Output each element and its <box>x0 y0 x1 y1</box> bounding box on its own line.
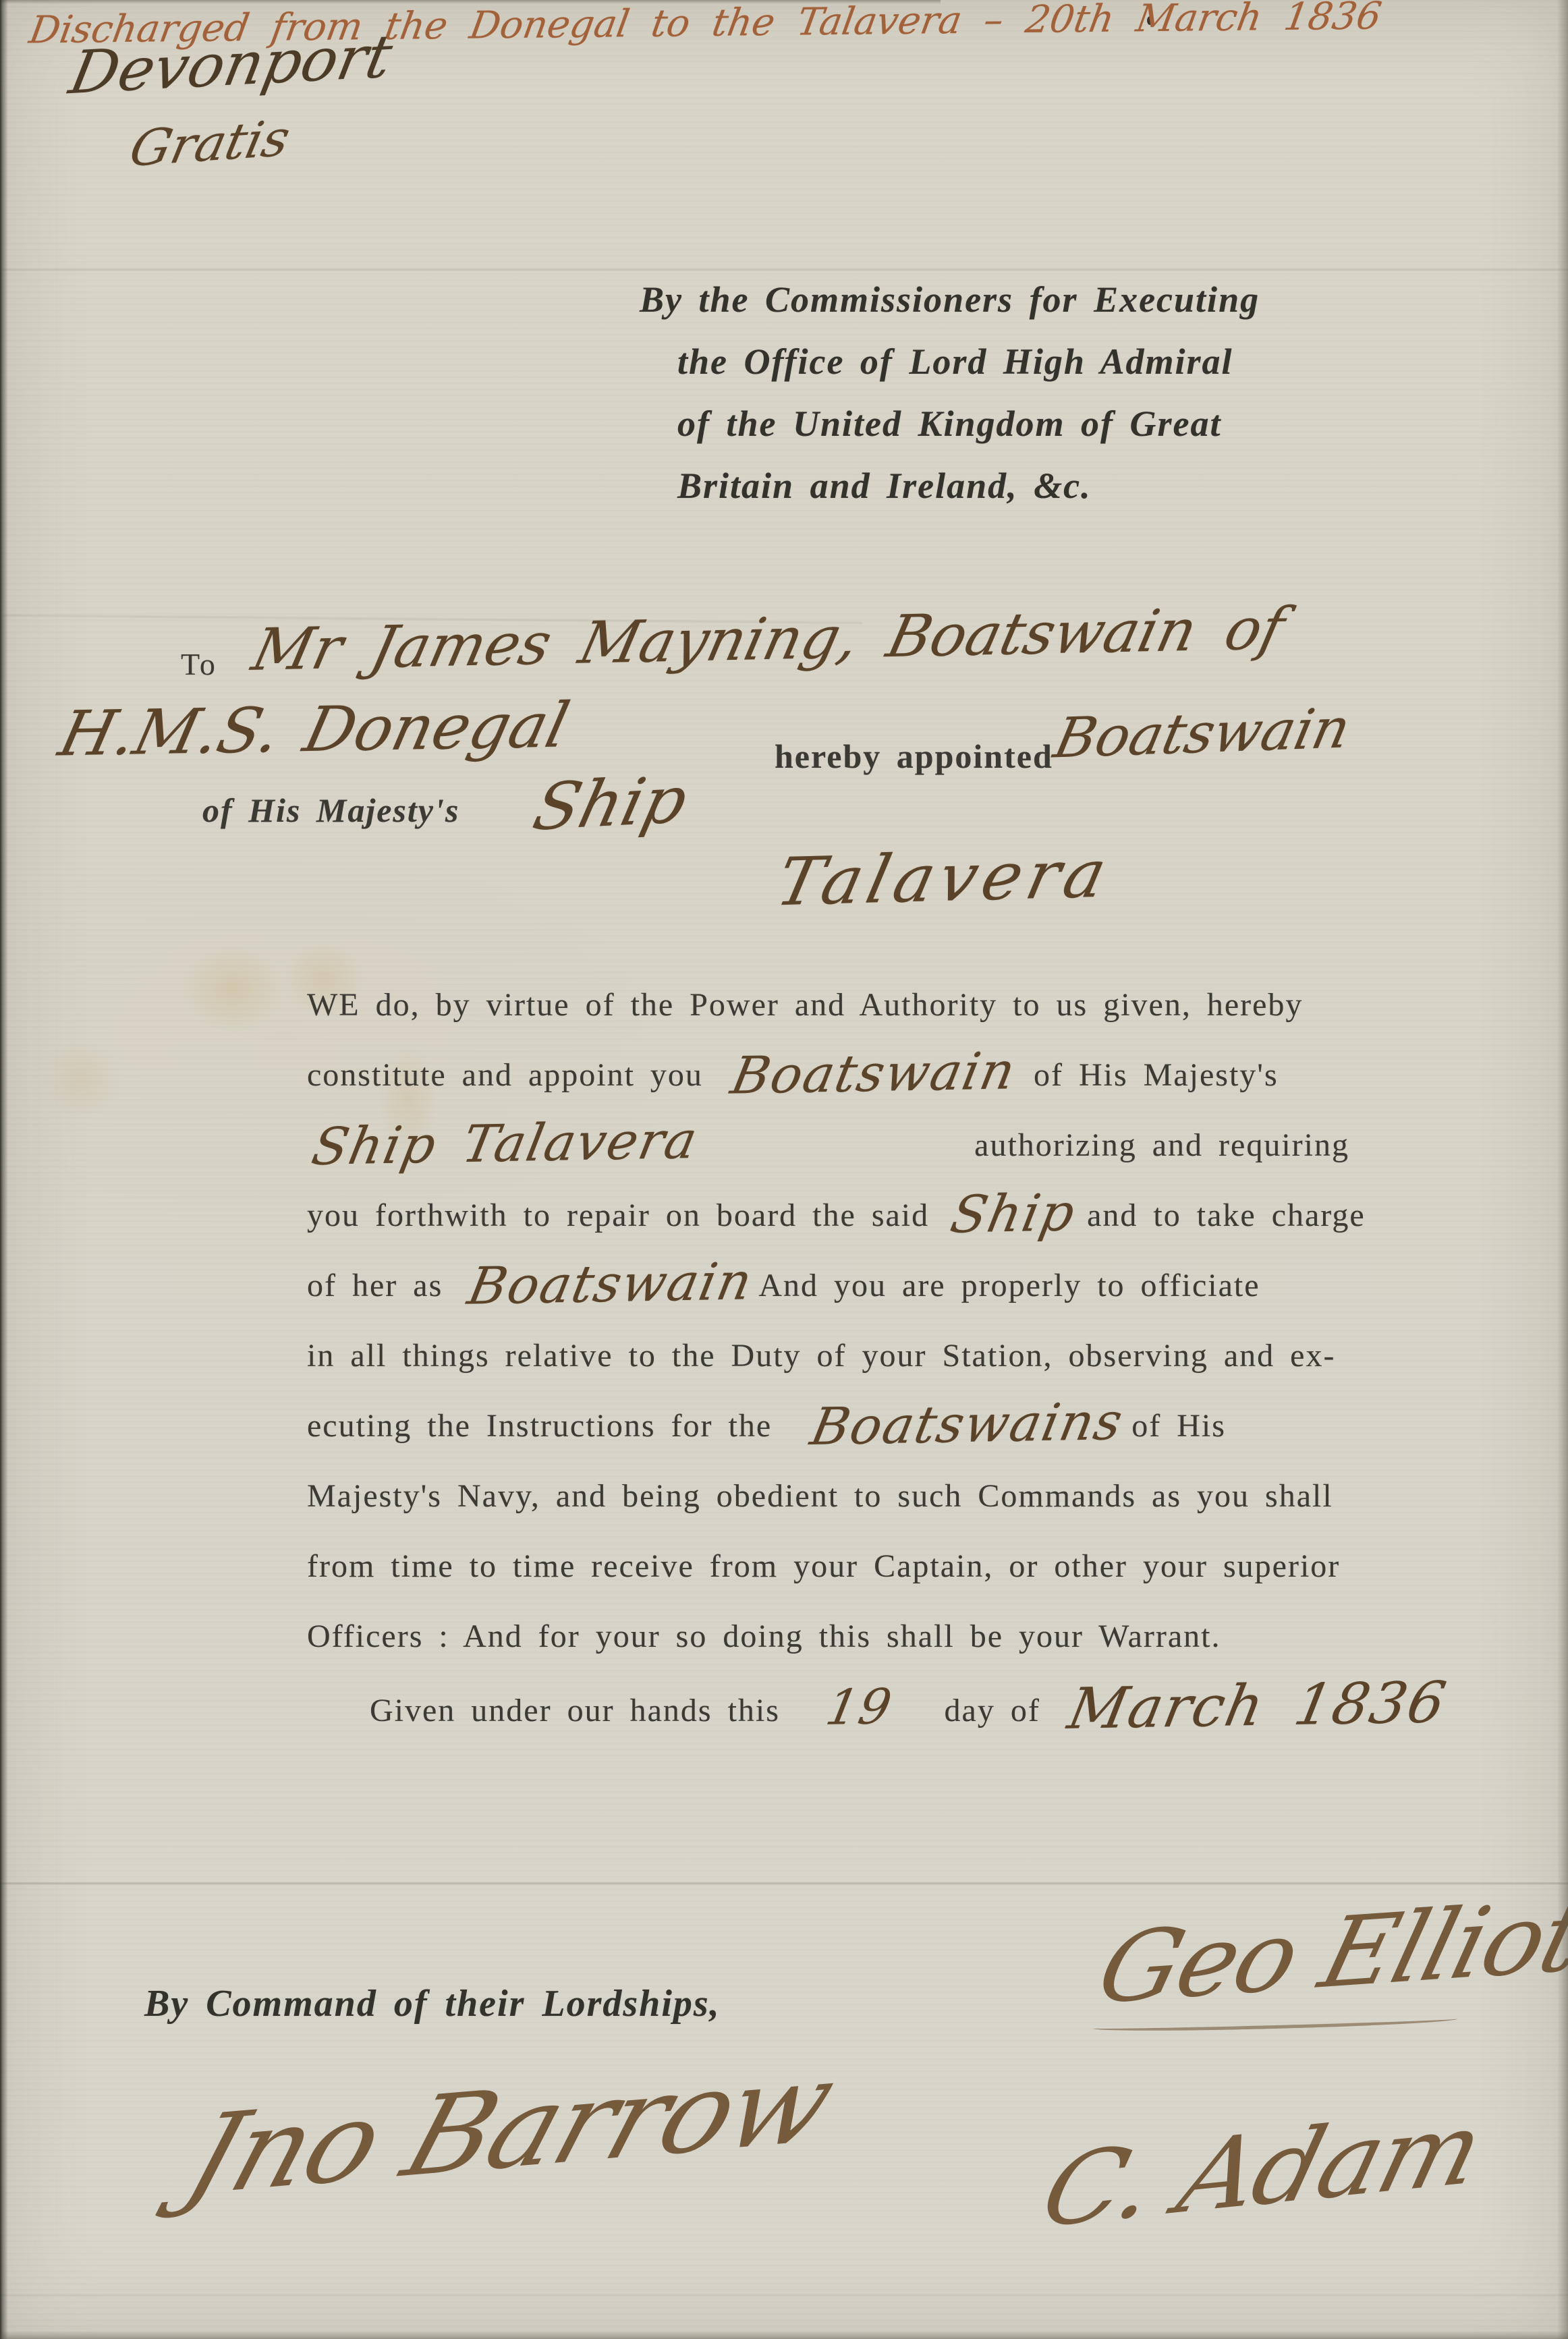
body-text: in all things relative to the Duty of yo… <box>307 1337 1335 1374</box>
scan-edge-right <box>1557 0 1568 2339</box>
body-text: WE do, by virtue of the Power and Author… <box>307 986 1303 1023</box>
warrant-document-page: Discharged from the Donegal to the Talav… <box>0 0 1568 2339</box>
body-text: of His <box>1131 1407 1226 1444</box>
recipient-name: Mr James Mayning, Boatswain of <box>246 595 1291 684</box>
body-line-10: Officers : And for your so doing this sh… <box>307 1618 1349 1655</box>
paper-stain <box>40 1039 121 1120</box>
handwritten-ship-word: Ship <box>952 1212 1075 1214</box>
body-text: authorizing and requiring <box>974 1127 1349 1164</box>
body-text: from time to time receive from your Capt… <box>307 1548 1340 1585</box>
body-line-9: from time to time receive from your Capt… <box>307 1548 1349 1585</box>
heading-line-1: By the Commissioners for Executing <box>640 269 1260 331</box>
ship-word: Ship <box>526 762 694 845</box>
appointed-rank: Boatswain <box>1048 696 1356 770</box>
of-his-majestys-label: of His Majesty's <box>202 791 459 830</box>
from-ship-name: H.M.S. Donegal <box>53 689 576 770</box>
scan-edge-top <box>0 0 941 4</box>
ship-name: Talavera <box>770 836 1119 922</box>
given-under-hands-label: Given under our hands this <box>370 1692 780 1729</box>
fold-crease-bottom <box>0 2292 1568 2297</box>
body-line-7: ecuting the Instructions for the Boatswa… <box>307 1407 1349 1444</box>
month-year-value: March 1836 <box>1069 1702 1446 1709</box>
body-text: ecuting the Instructions for the <box>307 1407 772 1444</box>
body-line-3: Ship Talavera authorizing and requiring <box>307 1127 1349 1164</box>
body-line-4: you forthwith to repair on board the sai… <box>307 1197 1349 1234</box>
by-command-label: By Command of their Lordships, <box>144 1982 721 2025</box>
body-line-6: in all things relative to the Duty of yo… <box>307 1337 1349 1374</box>
handwritten-rank: Boatswain <box>470 1281 753 1286</box>
body-line-5: of her as Boatswain And you are properly… <box>307 1267 1349 1304</box>
body-line-8: Majesty's Navy, and being obedient to su… <box>307 1477 1349 1515</box>
commissioners-heading: By the Commissioners for Executing the O… <box>640 269 1260 517</box>
day-value: 19 <box>827 1706 892 1708</box>
lord-signature-2: C. Adam <box>1031 2090 1493 2251</box>
gratis-annotation: Gratis <box>125 109 296 178</box>
body-text: Officers : And for your so doing this sh… <box>307 1618 1221 1655</box>
scan-edge-left <box>0 0 8 2339</box>
body-text: and to take charge <box>1087 1197 1366 1234</box>
body-text: And you are properly to officiate <box>758 1267 1260 1304</box>
hereby-appointed-label: hereby appointed <box>775 737 1053 776</box>
body-text: Majesty's Navy, and being obedient to su… <box>307 1477 1333 1515</box>
dateline: Given under our hands this 19 day of Mar… <box>370 1692 1422 1729</box>
heading-line-3: of the United Kingdom of Great <box>640 393 1260 455</box>
body-text: you forthwith to repair on board the sai… <box>307 1197 929 1234</box>
to-label: To <box>181 646 217 682</box>
secretary-signature: Jno Barrow <box>172 2038 847 2221</box>
paper-stain <box>182 945 283 1032</box>
scan-edge-bottom <box>0 2331 1568 2339</box>
body-text: of His Majesty's <box>1034 1056 1279 1094</box>
handwritten-rank-plural: Boatswains <box>812 1421 1123 1427</box>
body-line-2: constitute and appoint you Boatswain of … <box>307 1056 1349 1094</box>
body-text: of her as <box>307 1267 443 1304</box>
heading-line-2: the Office of Lord High Admiral <box>640 331 1260 393</box>
day-of-label: day of <box>945 1692 1040 1729</box>
heading-line-4: Britain and Ireland, &c. <box>640 455 1260 517</box>
handwritten-ship-name: Ship Talavera <box>313 1140 697 1147</box>
handwritten-rank: Boatswain <box>732 1071 1015 1075</box>
lord-signature-1: Geo Elliot <box>1087 1880 1568 2026</box>
body-line-1: WE do, by virtue of the Power and Author… <box>307 986 1349 1023</box>
body-text: constitute and appoint you <box>307 1056 703 1094</box>
fold-crease-lower <box>0 1881 1568 1886</box>
